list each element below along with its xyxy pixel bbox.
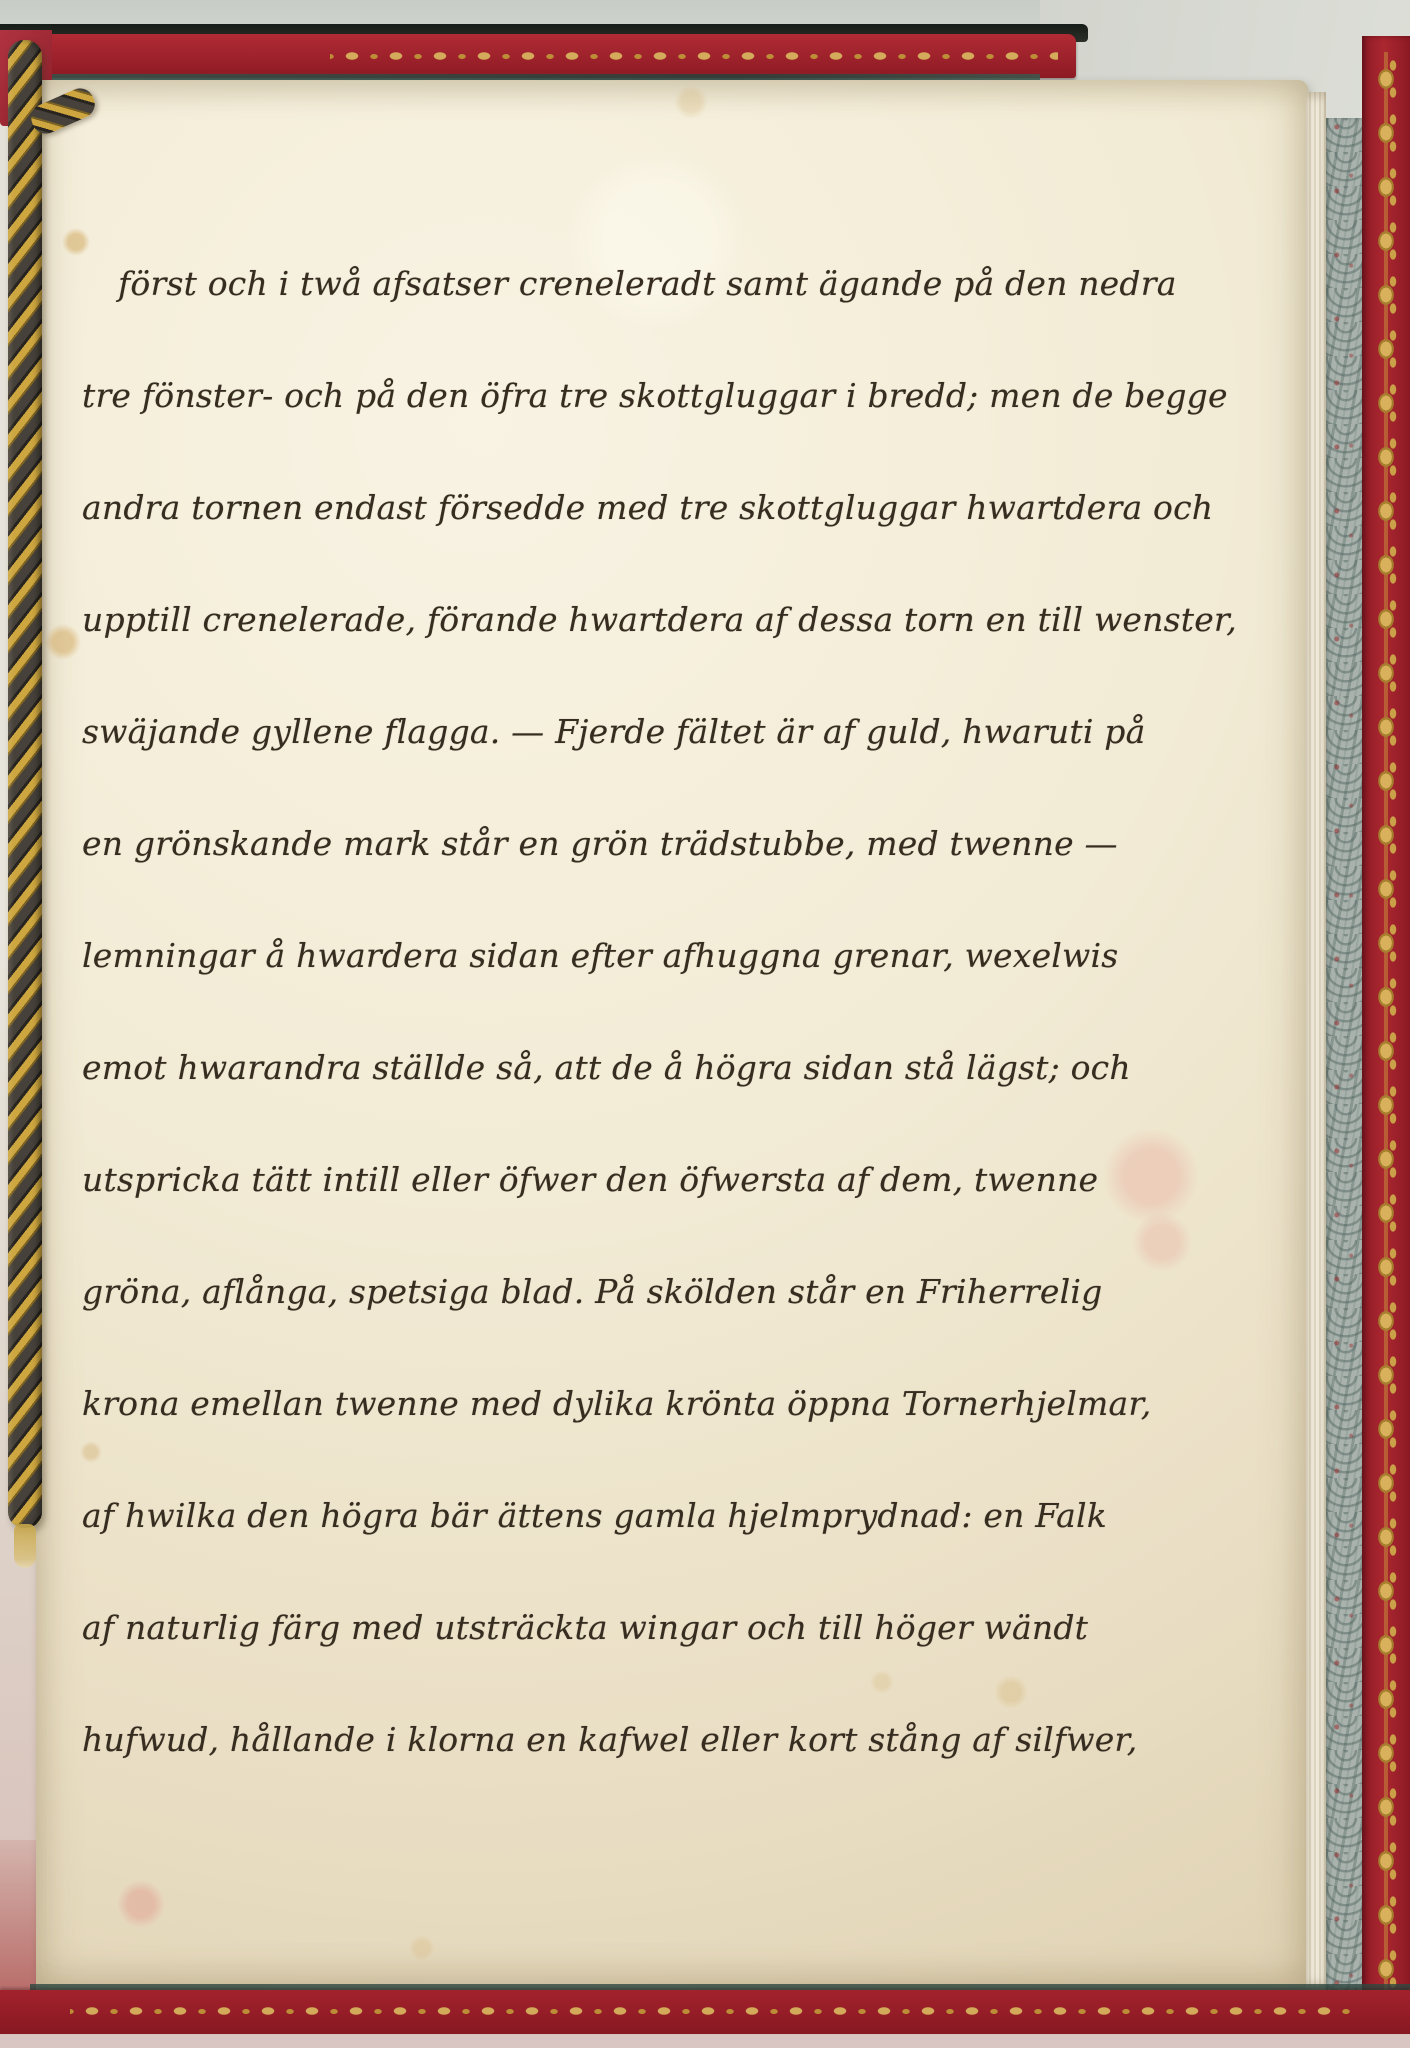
manuscript-line: af hwilka den högra bär ättens gamla hje… bbox=[82, 1460, 1092, 1572]
manuscript-line: af naturlig färg med utsträckta wingar o… bbox=[82, 1572, 1092, 1684]
gold-tooling-scroll-top bbox=[330, 46, 1058, 66]
manuscript-line: tre fönster- och på den öfra tre skottgl… bbox=[82, 340, 1092, 452]
cover-bottom-red-leather bbox=[0, 1990, 1410, 2034]
manuscript-line: andra tornen endast försedde med tre sko… bbox=[82, 452, 1092, 564]
cover-left-red-bottom bbox=[0, 1840, 36, 2000]
manuscript-line: swäjande gyllene flagga. — Fjerde fältet… bbox=[82, 676, 1092, 788]
braided-bookmark-cord bbox=[8, 40, 42, 1528]
gold-tooling-scroll-bottom bbox=[70, 2001, 1350, 2021]
manuscript-line: gröna, aflånga, spetsiga blad. På skölde… bbox=[82, 1236, 1092, 1348]
bookmark-cord-tip bbox=[14, 1524, 36, 1568]
manuscript-line: en grönskande mark står en grön trädstub… bbox=[82, 788, 1092, 900]
cover-top-red-leather bbox=[0, 34, 1076, 78]
cover-right-red-leather bbox=[1362, 36, 1410, 2020]
marbled-endpaper-strip bbox=[1326, 118, 1362, 1994]
manuscript-line: först och i twå afsatser creneleradt sam… bbox=[82, 228, 1092, 340]
manuscript-line: hufwud, hållande i klorna en kafwel elle… bbox=[82, 1684, 1092, 1796]
manuscript-line: upptill crenelerade, förande hwartdera a… bbox=[82, 564, 1092, 676]
manuscript-line: utspricka tätt intill eller öfwer den öf… bbox=[82, 1124, 1092, 1236]
manuscript-line: lemningar å hwardera sidan efter afhuggn… bbox=[82, 900, 1092, 1012]
manuscript-line: emot hwarandra ställde så, att de å högr… bbox=[82, 1012, 1092, 1124]
manuscript-line: krona emellan twenne med dylika krönta ö… bbox=[82, 1348, 1092, 1460]
gold-tooling-floral-chain bbox=[1371, 52, 1401, 2004]
page-fore-edge bbox=[1306, 92, 1326, 1988]
manuscript-page: först och i twå afsatser creneleradt sam… bbox=[36, 80, 1308, 1988]
manuscript-text-block: först och i twå afsatser creneleradt sam… bbox=[82, 228, 1092, 1796]
